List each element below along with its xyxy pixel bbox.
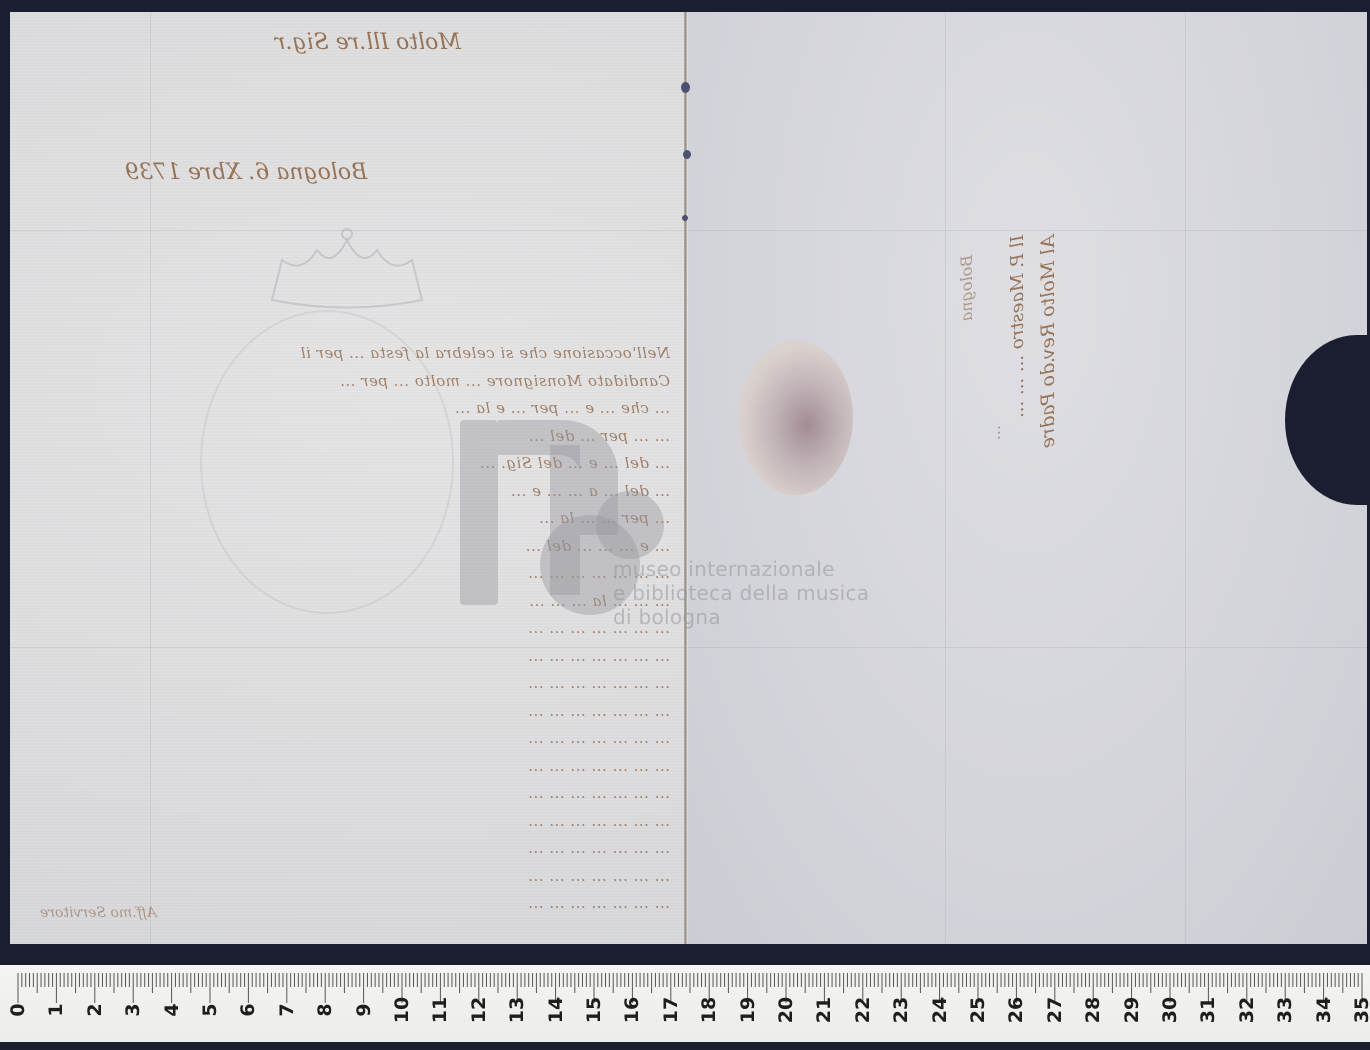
museum-watermark-text: museo internazionale e biblioteca della …	[613, 557, 869, 629]
ruler-label: 27	[1044, 992, 1066, 1028]
ink-blot	[681, 82, 690, 93]
header-note: Molto Ill.re Sig.r	[275, 30, 461, 55]
ruler-label: 12	[468, 992, 490, 1028]
letter-line: ... ... ... ... ... ... ...	[30, 643, 670, 671]
wax-seal-remnant	[738, 340, 853, 495]
ruler-label: 29	[1121, 992, 1143, 1028]
address-line: Il P. Maestro ... ... ...	[1007, 235, 1028, 625]
ruler-label: 33	[1274, 992, 1296, 1028]
watermark-line: e biblioteca della musica	[613, 581, 869, 605]
ruler-label: 34	[1313, 992, 1335, 1028]
letter-line: Nell'occasione che si celebra la festa .…	[30, 340, 670, 368]
ruler-label: 6	[237, 992, 259, 1028]
ruler-label: 8	[314, 992, 336, 1028]
vertical-crease	[945, 12, 946, 944]
ink-blot	[682, 215, 688, 221]
ruler-label: 26	[1005, 992, 1027, 1028]
address-block: Al Molto Rev.do Padre Il P. Maestro ... …	[955, 235, 1085, 635]
address-line: Bologna	[957, 255, 976, 635]
ruler-label: 10	[391, 992, 413, 1028]
ruler-label: 28	[1082, 992, 1104, 1028]
address-line: Al Molto Rev.do Padre	[1037, 235, 1059, 625]
ruler-label: 5	[199, 992, 221, 1028]
ruler-label: 18	[698, 992, 720, 1028]
horizontal-crease	[10, 230, 1367, 231]
letter-line: Candidato Monsignore ... molto ... per .…	[30, 368, 670, 396]
ruler-label: 19	[737, 992, 759, 1028]
letter-line: ... ... ... ... ... ... ...	[30, 698, 670, 726]
ruler-label: 21	[813, 992, 835, 1028]
ruler-label: 13	[506, 992, 528, 1028]
watermark-line: museo internazionale	[613, 557, 869, 581]
ruler-label: 35	[1351, 992, 1370, 1028]
vertical-crease	[1185, 12, 1186, 944]
watermark-line: di bologna	[613, 605, 869, 629]
ruler-label: 31	[1197, 992, 1219, 1028]
ruler-label: 1	[45, 992, 67, 1028]
ruler-label: 0	[7, 992, 29, 1028]
ruler-label: 24	[929, 992, 951, 1028]
ruler-label: 4	[161, 992, 183, 1028]
ruler-label: 23	[890, 992, 912, 1028]
ruler-label: 32	[1236, 992, 1258, 1028]
ink-blot	[683, 150, 691, 159]
address-line: ...	[985, 425, 1004, 440]
ruler-label: 11	[429, 992, 451, 1028]
ruler-label: 25	[967, 992, 989, 1028]
ruler-label: 9	[353, 992, 375, 1028]
ruler-label: 17	[660, 992, 682, 1028]
letter-line: ... ... ... ... ... ... ...	[30, 863, 670, 891]
date-line: Bologna 6. Xbre 1739	[125, 160, 367, 185]
ruler-label: 2	[84, 992, 106, 1028]
signature: Aff.mo Servitore	[40, 905, 157, 921]
letter-line: ... ... ... ... ... ... ...	[30, 835, 670, 863]
crown-watermark-icon	[262, 220, 432, 310]
measurement-ruler: 0123456789101112131415161718192021222324…	[0, 965, 1370, 1042]
letter-line: ... ... ... ... ... ... ...	[30, 808, 670, 836]
ruler-label: 15	[583, 992, 605, 1028]
letter-line: ... ... ... ... ... ... ...	[30, 725, 670, 753]
ruler-label: 30	[1159, 992, 1181, 1028]
ruler-label: 22	[852, 992, 874, 1028]
letter-line: ... ... ... ... ... ... ...	[30, 670, 670, 698]
ruler-label: 3	[122, 992, 144, 1028]
ruler-label: 7	[276, 992, 298, 1028]
ruler-label: 14	[545, 992, 567, 1028]
ruler-label: 16	[621, 992, 643, 1028]
letter-line: ... ... ... ... ... ... ...	[30, 753, 670, 781]
letter-line: ... ... ... ... ... ... ...	[30, 780, 670, 808]
ruler-label: 20	[775, 992, 797, 1028]
